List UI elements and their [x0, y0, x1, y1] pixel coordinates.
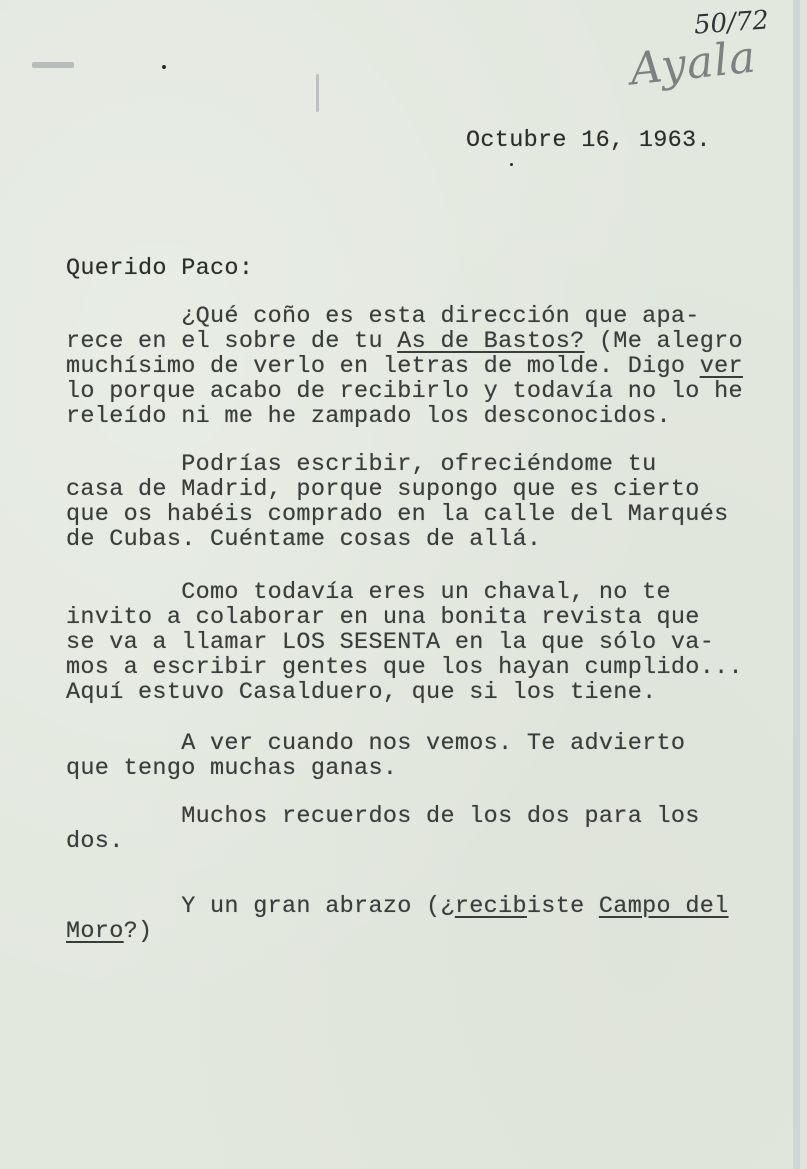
text-segment: se va a llamar LOS SESENTA en la que sól…	[66, 629, 714, 656]
letter-line: dos.	[66, 829, 124, 854]
text-segment: (Me alegro	[585, 328, 743, 355]
text-segment: Muchos recuerdos de los dos para los	[66, 803, 700, 830]
letter-line: rece en el sobre de tu As de Bastos? (Me…	[66, 329, 743, 354]
ink-speck	[162, 65, 166, 69]
underlined-text: Campo del	[599, 893, 729, 920]
underlined-text: As de Bastos?	[397, 328, 584, 355]
letter-line: muchísimo de verlo en letras de molde. D…	[66, 354, 743, 379]
text-segment: que tengo muchas ganas.	[66, 755, 397, 782]
text-segment: de Cubas. Cuéntame cosas de allá.	[66, 526, 541, 553]
letter-salutation: Querido Paco:	[66, 256, 253, 281]
text-segment: casa de Madrid, porque supongo que es ci…	[66, 476, 700, 503]
text-segment: lo porque acabo de recibirlo y todavía n…	[66, 378, 743, 405]
ink-speck	[510, 163, 513, 166]
page-edge	[793, 0, 800, 1169]
text-segment: muchísimo de verlo en letras de molde. D…	[66, 353, 700, 380]
text-segment: Y un gran abrazo (¿	[66, 893, 455, 920]
letter-date: Octubre 16, 1963.	[466, 128, 711, 153]
text-segment: Aquí estuvo Casalduero, que si los tiene…	[66, 679, 657, 706]
letter-page: 50/72 Ayala Octubre 16, 1963. Querido Pa…	[0, 0, 800, 1169]
text-segment: ?)	[124, 918, 153, 945]
pencil-smudge	[32, 62, 74, 68]
letter-line: casa de Madrid, porque supongo que es ci…	[66, 477, 700, 502]
text-segment: Como todavía eres un chaval, no te	[66, 579, 671, 606]
letter-line: Y un gran abrazo (¿recibiste Campo del	[66, 894, 729, 919]
letter-line: mos a escribir gentes que los hayan cump…	[66, 655, 743, 680]
letter-line: A ver cuando nos vemos. Te advierto	[66, 731, 685, 756]
text-segment: mos a escribir gentes que los hayan cump…	[66, 654, 743, 681]
text-segment: A ver cuando nos vemos. Te advierto	[66, 730, 685, 757]
text-segment: releído ni me he zampado los desconocido…	[66, 403, 671, 430]
text-segment: rece en el sobre de tu	[66, 328, 397, 355]
handwritten-name: Ayala	[628, 32, 759, 96]
letter-line: releído ni me he zampado los desconocido…	[66, 404, 671, 429]
underlined-text: ver	[700, 353, 743, 380]
text-segment: invito a colaborar en una bonita revista…	[66, 604, 700, 631]
text-segment: ¿Qué coño es esta dirección que apa-	[66, 303, 700, 330]
pencil-mark	[316, 74, 319, 112]
underlined-text: Moro	[66, 918, 124, 945]
letter-line: que os habéis comprado en la calle del M…	[66, 502, 729, 527]
text-segment: dos.	[66, 828, 124, 855]
letter-line: de Cubas. Cuéntame cosas de allá.	[66, 527, 541, 552]
letter-line: Muchos recuerdos de los dos para los	[66, 804, 700, 829]
letter-line: Como todavía eres un chaval, no te	[66, 580, 671, 605]
letter-line: Podrías escribir, ofreciéndome tu	[66, 452, 657, 477]
letter-line: se va a llamar LOS SESENTA en la que sól…	[66, 630, 714, 655]
text-segment: iste	[527, 893, 599, 920]
letter-line: Moro?)	[66, 919, 152, 944]
letter-line: ¿Qué coño es esta dirección que apa-	[66, 304, 700, 329]
letter-line: que tengo muchas ganas.	[66, 756, 397, 781]
letter-line: invito a colaborar en una bonita revista…	[66, 605, 700, 630]
text-segment: Podrías escribir, ofreciéndome tu	[66, 451, 657, 478]
letter-line: lo porque acabo de recibirlo y todavía n…	[66, 379, 743, 404]
text-segment: que os habéis comprado en la calle del M…	[66, 501, 729, 528]
underlined-text: recib	[455, 893, 527, 920]
letter-line: Aquí estuvo Casalduero, que si los tiene…	[66, 680, 657, 705]
